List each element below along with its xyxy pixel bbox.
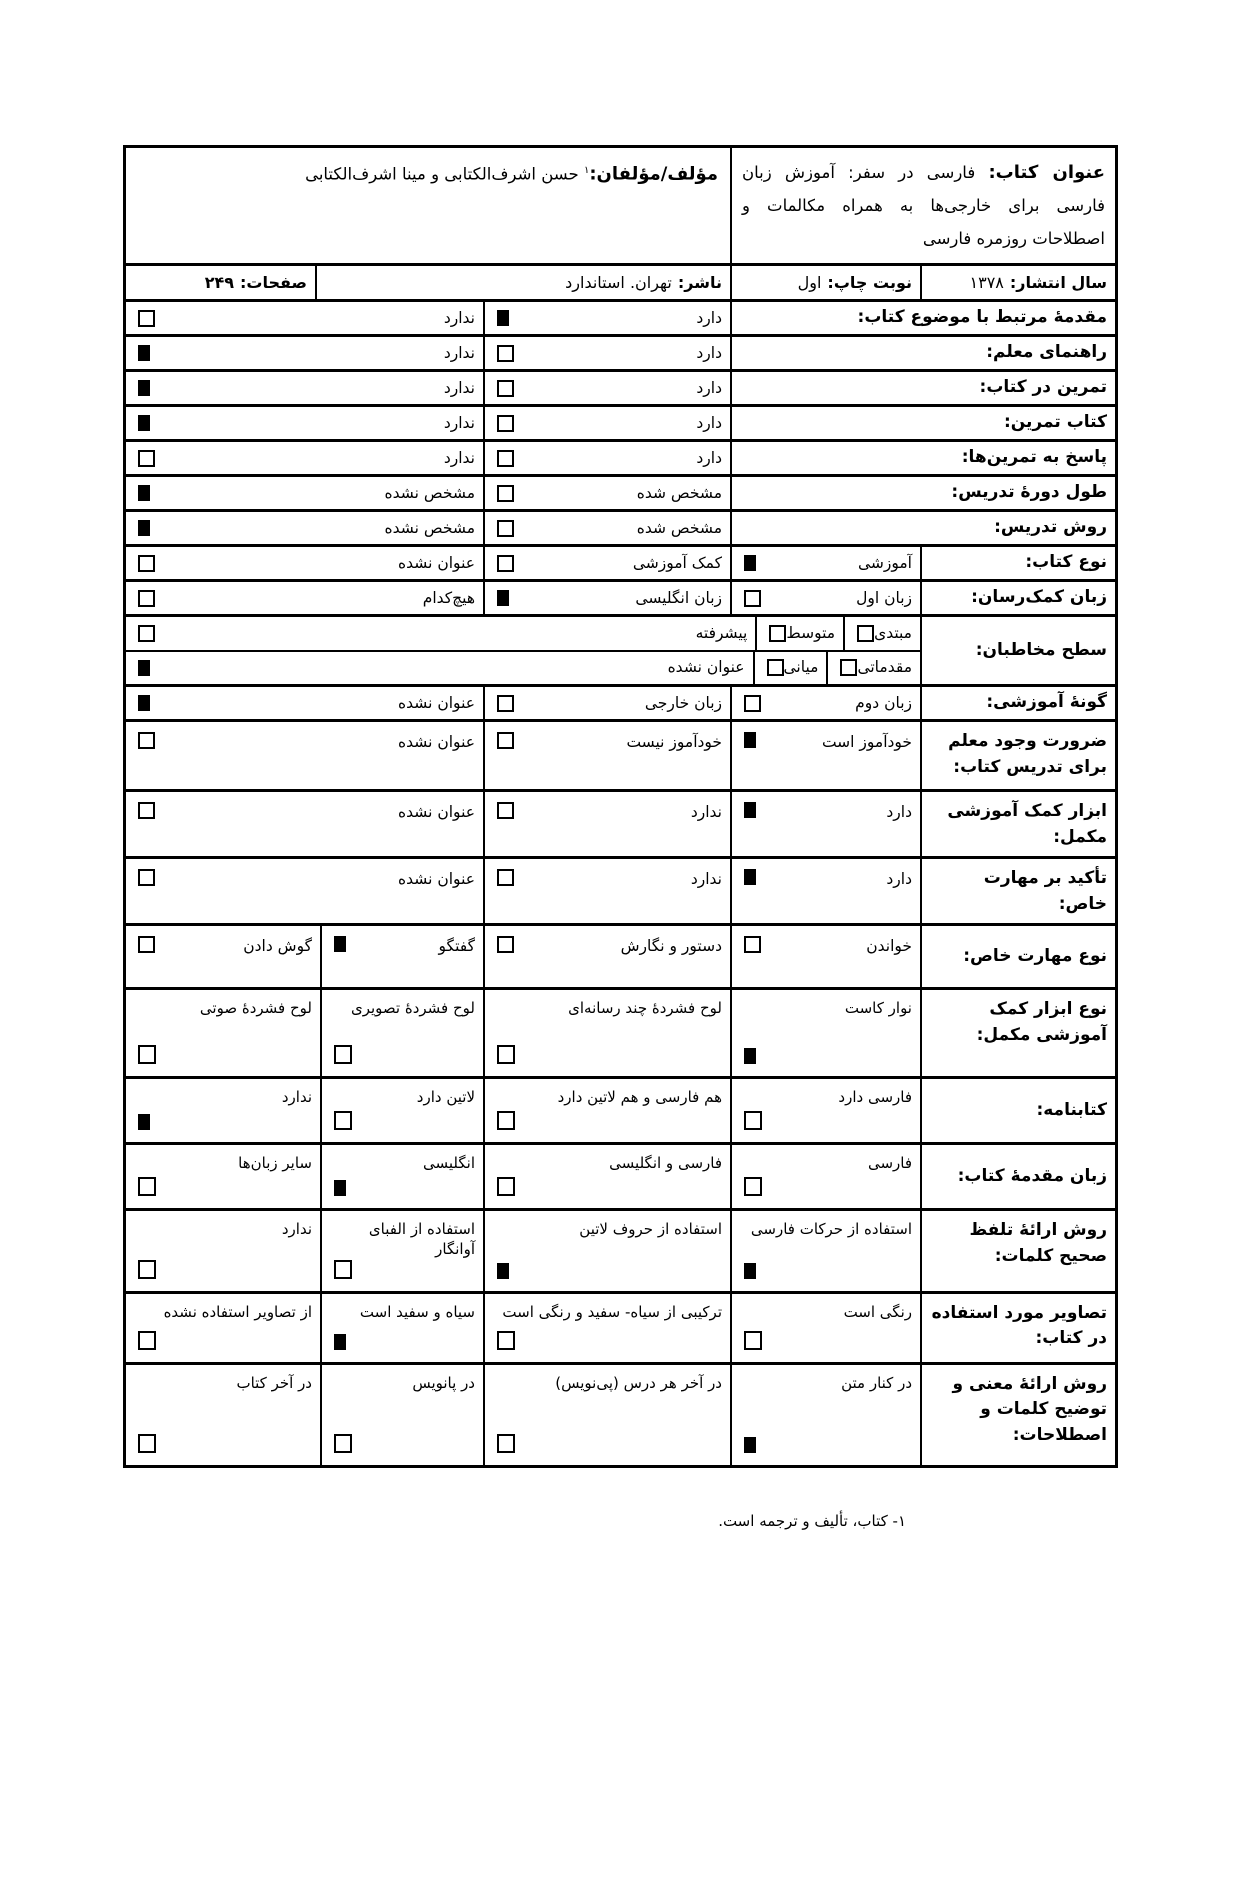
row-label: زبان کمک‌رسان: <box>920 582 1115 614</box>
option-label: استفاده از الفبای آوانگار <box>334 1219 475 1260</box>
option-cell: ندارد <box>126 302 483 334</box>
checkbox-unchecked <box>497 936 514 953</box>
table-row: کتاب تمرین:داردندارد <box>126 404 1115 439</box>
option-label: استفاده از حروف لاتین <box>497 1219 722 1239</box>
checkbox-unchecked <box>138 1045 156 1064</box>
checkbox-unchecked <box>769 625 786 642</box>
option-cell: مشخص شده <box>483 512 730 544</box>
table-row: ابزار کمک آموزشی مکمل:داردنداردعنوان نشد… <box>126 789 1115 856</box>
option-label: زبان دوم <box>855 693 912 714</box>
checkbox-unchecked <box>138 590 155 607</box>
option-cell: رنگی است <box>730 1294 920 1362</box>
option-label: آموزشی <box>858 553 912 574</box>
meta-print-run: نوبت چاپ: اول <box>730 266 920 299</box>
checkbox-unchecked <box>497 345 514 362</box>
footnote: ۱- کتاب، تألیف و ترجمه است. <box>0 1512 906 1530</box>
meta-value: اول <box>798 273 822 292</box>
row-label: ابزار کمک آموزشی مکمل: <box>920 792 1115 856</box>
checkbox-unchecked <box>744 1111 762 1130</box>
checkbox-unchecked <box>857 625 874 642</box>
option-label: عنوان نشده <box>398 802 475 823</box>
option-label: عنوان نشده <box>668 657 745 678</box>
checkbox-checked <box>138 415 150 431</box>
option-label: عنوان نشده <box>398 732 475 753</box>
option-cell: دارد <box>483 337 730 369</box>
checkbox-checked <box>334 1334 346 1350</box>
checkbox-unchecked <box>497 1045 515 1064</box>
checkbox-unchecked <box>497 695 514 712</box>
checkbox-checked <box>138 1114 150 1130</box>
checkbox-checked <box>138 520 150 536</box>
checkbox-checked <box>744 802 756 818</box>
option-label: هم فارسی و هم لاتین دارد <box>497 1087 722 1107</box>
row-label: زبان مقدمهٔ کتاب: <box>920 1145 1115 1208</box>
meta-label: ناشر: <box>678 273 722 292</box>
option-cell: میانی <box>753 652 827 685</box>
checkbox-unchecked <box>334 1045 352 1064</box>
checkbox-unchecked <box>497 380 514 397</box>
row-label: روش ارائهٔ معنی و توضیح کلمات و اصطلاحات… <box>920 1365 1115 1465</box>
checkbox-unchecked <box>497 450 514 467</box>
row-label: گونهٔ آموزشی: <box>920 687 1115 719</box>
checkbox-checked <box>497 590 509 606</box>
option-label: سایر زبان‌ها <box>138 1153 312 1173</box>
option-label: خودآموز نیست <box>626 732 722 753</box>
option-label: لوح فشردهٔ تصویری <box>334 998 475 1018</box>
option-label: دارد <box>886 869 912 890</box>
table-row: ضرورت وجود معلم برای تدریس کتاب:خودآموز … <box>126 719 1115 789</box>
option-label: خودآموز است <box>822 732 912 753</box>
option-cell: در آخر هر درس (پی‌نویس) <box>483 1365 730 1465</box>
sub-row: مبتدیمتوسطپیشرفته <box>126 617 920 650</box>
checkbox-checked <box>334 1180 346 1196</box>
option-label: ندارد <box>691 802 722 823</box>
option-cell: در آخر کتاب <box>126 1365 320 1465</box>
row-label: طول دورهٔ تدریس: <box>730 477 1115 509</box>
option-label: ندارد <box>444 378 475 399</box>
checkbox-unchecked <box>138 732 155 749</box>
checkbox-unchecked <box>138 450 155 467</box>
option-label: دارد <box>696 413 722 434</box>
checkbox-unchecked <box>334 1111 352 1130</box>
checkbox-unchecked <box>138 1260 156 1279</box>
option-cell: مشخص نشده <box>126 512 483 544</box>
option-cell: آموزشی <box>730 547 920 579</box>
row-label: روش تدریس: <box>730 512 1115 544</box>
option-label: در پانویس <box>334 1373 475 1393</box>
row-label: کتابنامه: <box>920 1079 1115 1142</box>
checkbox-checked <box>138 345 150 361</box>
checkbox-checked <box>138 660 150 676</box>
row-label: نوع مهارت خاص: <box>920 926 1115 987</box>
table-row: نوع مهارت خاص:خواندندستور و نگارشگفتگوگو… <box>126 923 1115 987</box>
checkbox-checked <box>744 1263 756 1279</box>
option-label: دارد <box>886 802 912 823</box>
option-label: گوش دادن <box>243 936 312 957</box>
option-cell: انگلیسی <box>320 1145 483 1208</box>
option-label: فارسی <box>744 1153 912 1173</box>
option-cell: ندارد <box>126 337 483 369</box>
table-row: تصاویر مورد استفاده در کتاب:رنگی استترکی… <box>126 1291 1115 1362</box>
checkbox-checked <box>138 380 150 396</box>
option-label: لوح فشردهٔ چند رسانه‌ای <box>497 998 722 1018</box>
option-label: متوسط <box>786 623 835 644</box>
option-label: در کنار متن <box>744 1373 912 1393</box>
checkbox-unchecked <box>744 1177 762 1196</box>
option-label: هیچ‌کدام <box>423 588 475 609</box>
book-title-cell: عنوان کتاب: فارسی در سفر: آموزش زبان فار… <box>730 148 1115 263</box>
meta-label: سال انتشار: <box>1010 273 1107 292</box>
option-label: زبان اول <box>856 588 912 609</box>
option-cell: دارد <box>730 859 920 923</box>
checkbox-unchecked <box>497 1111 515 1130</box>
option-label: دارد <box>696 308 722 329</box>
option-cell: مشخص نشده <box>126 477 483 509</box>
checkbox-checked <box>138 485 150 501</box>
option-cell: لاتین دارد <box>320 1079 483 1142</box>
option-label: مشخص نشده <box>385 483 475 504</box>
checkbox-checked <box>744 869 756 885</box>
option-cell: عنوان نشده <box>126 859 483 923</box>
meta-value: ۱۳۷۸ <box>970 273 1004 292</box>
checkbox-unchecked <box>497 1434 515 1453</box>
option-cell: عنوان نشده <box>126 687 483 719</box>
row-label: راهنمای معلم: <box>730 337 1115 369</box>
sub-rows: مبتدیمتوسطپیشرفتهمقدماتیمیانیعنوان نشده <box>126 617 920 684</box>
meta-value: ۲۴۹ <box>205 273 234 292</box>
option-cell: دارد <box>730 792 920 856</box>
option-label: فارسی دارد <box>744 1087 912 1107</box>
sub-row: مقدماتیمیانیعنوان نشده <box>126 650 920 685</box>
option-cell: دارد <box>483 302 730 334</box>
option-cell: استفاده از حرکات فارسی <box>730 1211 920 1291</box>
document-page: { "header": { "title_label": "عنوان کتاب… <box>0 145 1241 1900</box>
checkbox-unchecked <box>334 1260 352 1279</box>
option-cell: ندارد <box>483 859 730 923</box>
checkbox-unchecked <box>138 625 155 642</box>
option-cell: زبان انگلیسی <box>483 582 730 614</box>
option-label: خواندن <box>866 936 912 957</box>
option-label: مبتدی <box>874 623 912 644</box>
option-cell: متوسط <box>755 617 843 650</box>
checkbox-unchecked <box>497 485 514 502</box>
option-label: عنوان نشده <box>398 693 475 714</box>
option-label: نوار کاست <box>744 998 912 1018</box>
option-cell: ندارد <box>126 442 483 474</box>
option-cell: دستور و نگارش <box>483 926 730 987</box>
table-row-header: عنوان کتاب: فارسی در سفر: آموزش زبان فار… <box>126 148 1115 263</box>
option-label: میانی <box>784 657 819 678</box>
option-cell: عنوان نشده <box>126 792 483 856</box>
checkbox-unchecked <box>138 869 155 886</box>
option-cell: نوار کاست <box>730 990 920 1076</box>
option-cell: ندارد <box>126 1079 320 1142</box>
row-label: نوع ابزار کمک آموزشی مکمل: <box>920 990 1115 1076</box>
option-label: در آخر هر درس (پی‌نویس) <box>497 1373 722 1393</box>
option-label: فارسی و انگلیسی <box>497 1153 722 1173</box>
checkbox-checked <box>744 1437 756 1453</box>
checkbox-checked <box>744 1048 756 1064</box>
option-label: دارد <box>696 448 722 469</box>
option-cell: فارسی دارد <box>730 1079 920 1142</box>
checkbox-unchecked <box>497 415 514 432</box>
table-row: زبان کمک‌رسان:زبان اولزبان انگلیسیهیچ‌کد… <box>126 579 1115 614</box>
checkbox-checked <box>497 310 509 326</box>
option-cell: خواندن <box>730 926 920 987</box>
meta-publication-year: سال انتشار: ۱۳۷۸ <box>920 266 1115 299</box>
option-label: ندارد <box>444 448 475 469</box>
option-label: ندارد <box>444 343 475 364</box>
checkbox-unchecked <box>497 869 514 886</box>
option-cell: سیاه و سفید است <box>320 1294 483 1362</box>
meta-label: صفحات: <box>240 273 307 292</box>
option-label: دستور و نگارش <box>621 936 722 957</box>
row-label: مقدمهٔ مرتبط با موضوع کتاب: <box>730 302 1115 334</box>
option-cell: لوح فشردهٔ تصویری <box>320 990 483 1076</box>
option-label: مشخص شده <box>637 483 722 504</box>
option-label: در آخر کتاب <box>138 1373 312 1393</box>
option-cell: لوح فشردهٔ صوتی <box>126 990 320 1076</box>
option-label: مقدماتی <box>857 657 912 678</box>
option-label: مشخص شده <box>637 518 722 539</box>
option-label: گفتگو <box>439 936 475 957</box>
option-label: انگلیسی <box>334 1153 475 1173</box>
option-label: عنوان نشده <box>398 869 475 890</box>
option-cell: دارد <box>483 372 730 404</box>
checkbox-unchecked <box>138 1177 156 1196</box>
checkbox-unchecked <box>744 695 761 712</box>
option-label: دارد <box>696 343 722 364</box>
option-label: سیاه و سفید است <box>334 1302 475 1322</box>
option-label: دارد <box>696 378 722 399</box>
option-cell: پیشرفته <box>126 617 755 650</box>
row-label: تمرین در کتاب: <box>730 372 1115 404</box>
book-title-label: عنوان کتاب: <box>988 162 1105 183</box>
table-row: روش تدریس:مشخص شدهمشخص نشده <box>126 509 1115 544</box>
checkbox-checked <box>744 732 756 748</box>
checkbox-checked <box>334 936 346 952</box>
checkbox-checked <box>497 1263 509 1279</box>
checkbox-unchecked <box>138 555 155 572</box>
option-cell: ندارد <box>126 407 483 439</box>
option-cell: فارسی <box>730 1145 920 1208</box>
option-cell: دارد <box>483 442 730 474</box>
meta-publisher: ناشر: تهران. استاندارد <box>315 266 730 299</box>
row-label: تصاویر مورد استفاده در کتاب: <box>920 1294 1115 1362</box>
option-cell: گفتگو <box>320 926 483 987</box>
meta-label: نوبت چاپ: <box>827 273 912 292</box>
checkbox-unchecked <box>138 1434 156 1453</box>
row-label: سطح مخاطبان: <box>920 617 1115 684</box>
option-cell: مبتدی <box>843 617 920 650</box>
table-row: نوع ابزار کمک آموزشی مکمل:نوار کاستلوح ف… <box>126 987 1115 1076</box>
table-row: روش ارائهٔ معنی و توضیح کلمات و اصطلاحات… <box>126 1362 1115 1465</box>
option-cell: استفاده از حروف لاتین <box>483 1211 730 1291</box>
table-row: کتابنامه:فارسی داردهم فارسی و هم لاتین د… <box>126 1076 1115 1142</box>
option-cell: از تصاویر استفاده نشده <box>126 1294 320 1362</box>
checkbox-unchecked <box>767 659 784 676</box>
table-row: سطح مخاطبان:مبتدیمتوسطپیشرفتهمقدماتیمیان… <box>126 614 1115 684</box>
option-cell: عنوان نشده <box>126 652 753 685</box>
option-cell: مقدماتی <box>826 652 920 685</box>
option-cell: لوح فشردهٔ چند رسانه‌ای <box>483 990 730 1076</box>
checkbox-unchecked <box>497 1177 515 1196</box>
option-cell: خودآموز است <box>730 722 920 789</box>
author-cell: مؤلف/مؤلفان:۱ حسن اشرف‌الکتابی و مینا اش… <box>126 148 730 263</box>
option-label: رنگی است <box>744 1302 912 1322</box>
option-cell: هم فارسی و هم لاتین دارد <box>483 1079 730 1142</box>
table-row: گونهٔ آموزشی:زبان دومزبان خارجیعنوان نشد… <box>126 684 1115 719</box>
option-cell: ترکیبی از سیاه- سفید و رنگی است <box>483 1294 730 1362</box>
author-text: حسن اشرف‌الکتابی و مینا اشرف‌الکتابی <box>305 165 579 184</box>
option-cell: عنوان نشده <box>126 547 483 579</box>
option-label: لوح فشردهٔ صوتی <box>138 998 312 1018</box>
option-cell: ندارد <box>126 1211 320 1291</box>
option-cell: فارسی و انگلیسی <box>483 1145 730 1208</box>
option-cell: ندارد <box>126 372 483 404</box>
option-label: استفاده از حرکات فارسی <box>744 1219 912 1239</box>
option-cell: عنوان نشده <box>126 722 483 789</box>
option-label: ندارد <box>138 1219 312 1239</box>
option-label: مشخص نشده <box>385 518 475 539</box>
table-row: زبان مقدمهٔ کتاب:فارسیفارسی و انگلیسیانگ… <box>126 1142 1115 1208</box>
meta-pages: صفحات: ۲۴۹ <box>126 266 315 299</box>
checkbox-unchecked <box>497 802 514 819</box>
book-evaluation-table: عنوان کتاب: فارسی در سفر: آموزش زبان فار… <box>123 145 1118 1468</box>
option-label: عنوان نشده <box>398 553 475 574</box>
option-label: ندارد <box>138 1087 312 1107</box>
checkbox-unchecked <box>138 1331 156 1350</box>
option-label: ترکیبی از سیاه- سفید و رنگی است <box>497 1302 722 1322</box>
checkbox-unchecked <box>744 590 761 607</box>
table-row: نوع کتاب:آموزشیکمک آموزشیعنوان نشده <box>126 544 1115 579</box>
option-label: زبان خارجی <box>645 693 722 714</box>
option-cell: در کنار متن <box>730 1365 920 1465</box>
option-label: ندارد <box>444 413 475 434</box>
option-label: ندارد <box>444 308 475 329</box>
checkbox-checked <box>138 695 150 711</box>
option-cell: استفاده از الفبای آوانگار <box>320 1211 483 1291</box>
table-row: تأکید بر مهارت خاص:داردنداردعنوان نشده <box>126 856 1115 923</box>
table-row: تمرین در کتاب:داردندارد <box>126 369 1115 404</box>
option-cell: زبان دوم <box>730 687 920 719</box>
option-label: ندارد <box>691 869 722 890</box>
table-row-meta: سال انتشار: ۱۳۷۸ نوبت چاپ: اول ناشر: تهر… <box>126 263 1115 299</box>
checkbox-unchecked <box>497 520 514 537</box>
option-label: کمک آموزشی <box>633 553 722 574</box>
checkbox-unchecked <box>497 1331 515 1350</box>
table-row: راهنمای معلم:داردندارد <box>126 334 1115 369</box>
checkbox-unchecked <box>744 936 761 953</box>
row-label: کتاب تمرین: <box>730 407 1115 439</box>
checkbox-unchecked <box>138 310 155 327</box>
table-row: طول دورهٔ تدریس:مشخص شدهمشخص نشده <box>126 474 1115 509</box>
table-row: روش ارائهٔ تلفظ صحیح کلمات:استفاده از حر… <box>126 1208 1115 1291</box>
table-row: مقدمهٔ مرتبط با موضوع کتاب:داردندارد <box>126 299 1115 334</box>
checkbox-unchecked <box>497 555 514 572</box>
row-label: روش ارائهٔ تلفظ صحیح کلمات: <box>920 1211 1115 1291</box>
option-cell: هیچ‌کدام <box>126 582 483 614</box>
option-cell: زبان اول <box>730 582 920 614</box>
author-label: مؤلف/مؤلفان: <box>589 164 718 185</box>
option-label: لاتین دارد <box>334 1087 475 1107</box>
meta-value: تهران. استاندارد <box>565 273 672 292</box>
option-cell: مشخص شده <box>483 477 730 509</box>
option-cell: کمک آموزشی <box>483 547 730 579</box>
option-label: پیشرفته <box>696 623 748 644</box>
option-cell: گوش دادن <box>126 926 320 987</box>
checkbox-checked <box>744 555 756 571</box>
option-cell: در پانویس <box>320 1365 483 1465</box>
checkbox-unchecked <box>138 802 155 819</box>
table-row: پاسخ به تمرین‌ها:داردندارد <box>126 439 1115 474</box>
option-cell: خودآموز نیست <box>483 722 730 789</box>
option-cell: زبان خارجی <box>483 687 730 719</box>
option-label: زبان انگلیسی <box>635 588 722 609</box>
row-label: نوع کتاب: <box>920 547 1115 579</box>
checkbox-unchecked <box>334 1434 352 1453</box>
checkbox-unchecked <box>744 1331 762 1350</box>
checkbox-unchecked <box>497 732 514 749</box>
option-cell: سایر زبان‌ها <box>126 1145 320 1208</box>
option-label: از تصاویر استفاده نشده <box>138 1302 312 1322</box>
row-label: پاسخ به تمرین‌ها: <box>730 442 1115 474</box>
option-cell: دارد <box>483 407 730 439</box>
checkbox-unchecked <box>840 659 857 676</box>
checkbox-unchecked <box>138 936 155 953</box>
option-cell: ندارد <box>483 792 730 856</box>
row-label: تأکید بر مهارت خاص: <box>920 859 1115 923</box>
row-label: ضرورت وجود معلم برای تدریس کتاب: <box>920 722 1115 789</box>
